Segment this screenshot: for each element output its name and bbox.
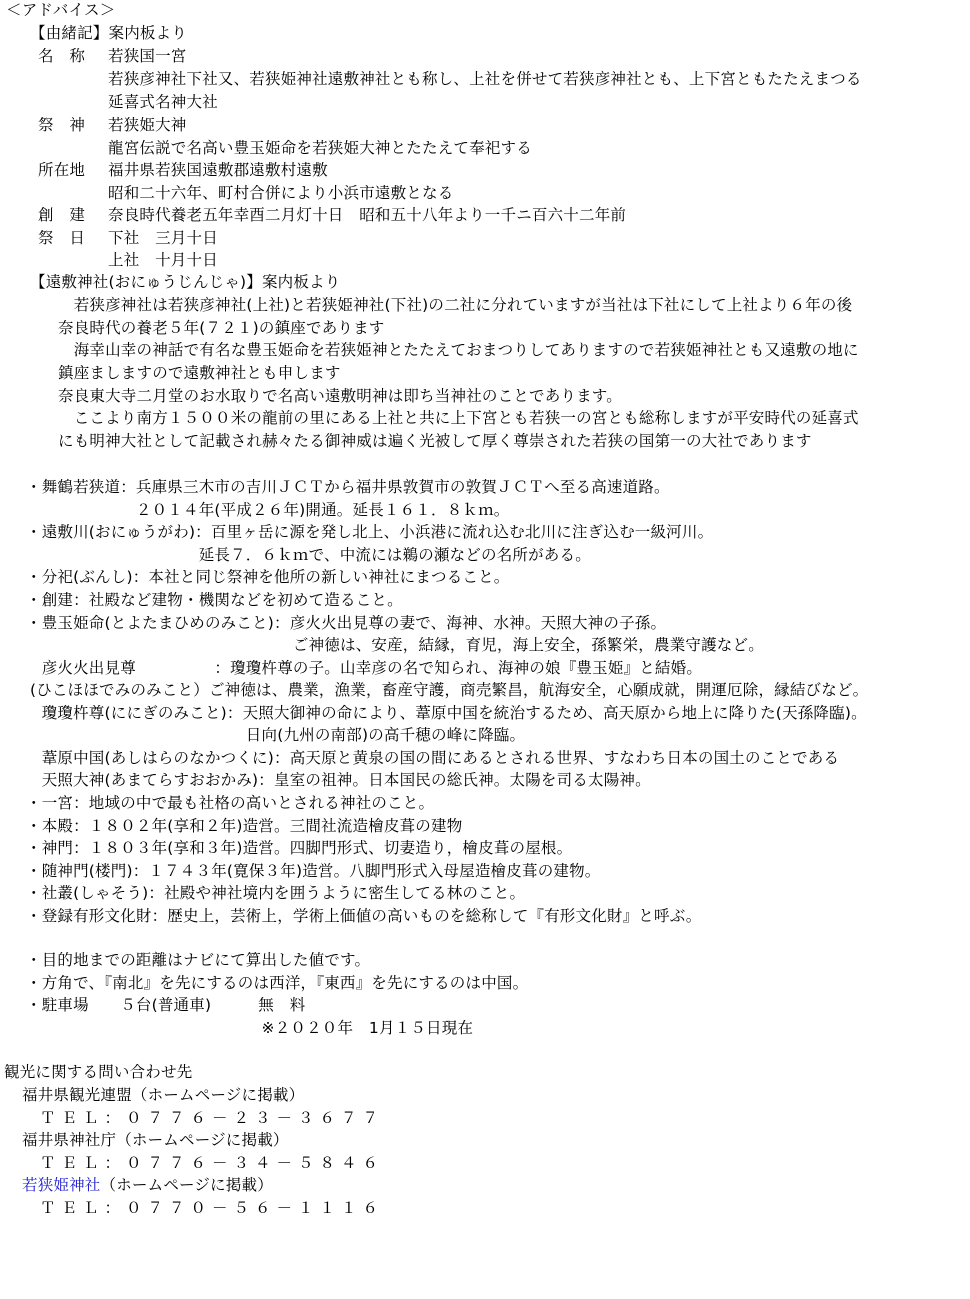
contact-name: 福井県観光連盟 — [22, 1086, 132, 1104]
contact-suffix: （ホームページに掲載） — [101, 1176, 273, 1194]
contact-tel: ＴＥＬ：０７７６－２３－３６７７ — [40, 1108, 384, 1128]
name-value: 若狭国一宮 — [108, 46, 187, 66]
onyu-line: にも明神大社として記載され赫々たる御神威は遍く光被して厚く尊崇された若狭の国第一… — [58, 431, 812, 451]
note-line: ・神門：１８０３年(享和３年)造営。四脚門形式、切妻造り，檜皮葺の屋根。 — [26, 838, 572, 858]
contact-entry: 福井県神社庁（ホームページに掲載） — [22, 1130, 289, 1150]
name-value: 延喜式名神大社 — [108, 92, 218, 112]
note-line: 天照大神(あまてらすおおかみ)：皇室の祖神。日本国民の総氏神。太陽を司る太陽神。 — [26, 770, 651, 790]
name-value: 若狭彦神社下社又、若狭姫神社遠敷神社とも称し、上社を併せて若狭彦神社とも、上下宮… — [108, 69, 862, 89]
contact-tel: ＴＥＬ：０７７０－５６－１１１６ — [40, 1198, 384, 1218]
note-line: ・遠敷川(おにゅうがわ)：百里ヶ岳に源を発し北上、小浜港に流れ込む北川に注ぎ込む… — [26, 522, 713, 542]
contact-entry: 福井県観光連盟（ホームページに掲載） — [22, 1085, 304, 1105]
wakasahime-shrine-link[interactable]: 若狭姫神社 — [22, 1176, 101, 1194]
parking-info: ・駐車場 ５台(普通車) 無 料 — [26, 995, 305, 1015]
note-line: 日向(九州の南部)の高千穂の峰に降臨。 — [26, 725, 525, 745]
location-value: 昭和二十六年、町村合併により小浜市遠敷となる — [108, 183, 453, 203]
onyu-line: ここより南方１５００米の龍前の里にある上社と共に上下宮とも若狭一の宮とも総称しま… — [58, 408, 859, 428]
note-line: ・分祀(ぶんし)：本社と同じ祭神を他所の新しい神社にまつること。 — [26, 567, 510, 587]
contact-header: 観光に関する問い合わせ先 — [4, 1062, 192, 1082]
as-of-date: ※２０２０年 1月１５日現在 — [26, 1018, 473, 1038]
festival-value: 上社 十月十日 — [108, 250, 218, 270]
note-line: ご神徳は、安産，結縁，育児，海上安全，孫繁栄，農業守護など。 — [26, 635, 764, 655]
contact-suffix: （ホームページに掲載） — [116, 1131, 288, 1149]
misc-line: ・方角で、『南北』を先にするのは西洋，『東西』を先にするのは中国。 — [26, 973, 528, 993]
note-line: ・創建：社殿など建物・機関などを初めて造ること。 — [26, 590, 403, 610]
deity-value: 若狭姫大神 — [108, 115, 187, 135]
onyu-header: 【遠敷神社(おにゅうじんじゃ)】案内板より — [30, 272, 341, 292]
festival-value: 下社 三月十日 — [108, 228, 218, 248]
location-value: 福井県若狭国遠敷郡遠敷村遠敷 — [108, 160, 328, 180]
misc-line: ・目的地までの距離はナビにて算出した値です。 — [26, 950, 370, 970]
onyu-line: 奈良東大寺二月堂のお水取りで名高い遠敷明神は即ち当神社のことであります。 — [58, 386, 622, 406]
onyu-line: 若狭彦神社は若狭彦神社(上社)と若狭姫神社(下社)の二社に分れていますが当社は下… — [58, 295, 852, 315]
founding-value: 奈良時代養老五年幸酉二月灯十日 昭和五十八年より一千ニ百六十二年前 — [108, 205, 626, 225]
onyu-line: 奈良時代の養老５年(７２１)の鎮座であります — [58, 318, 385, 338]
note-line: ・舞鶴若狭道：兵庫県三木市の吉川ＪＣＴから福井県敦賀市の敦賀ＪＣＴへ至る高速道路… — [26, 477, 670, 497]
note-line: ・随神門(楼門)：１７４３年(寛保３年)造営。八脚門形式入母屋造檜皮葺の建物。 — [26, 861, 601, 881]
contact-tel: ＴＥＬ：０７７６－３４－５８４６ — [40, 1153, 384, 1173]
label-name: 名 称 — [38, 46, 85, 66]
note-line: (ひこほほでみのみこと）ご神徳は、農業，漁業，畜産守護，商売繁昌，航海安全，心願… — [30, 680, 868, 700]
note-line: ・社叢(しゃそう)：社殿や神社境内を囲うように密生してる林のこと。 — [26, 883, 525, 903]
contact-entry: 若狭姫神社（ホームページに掲載） — [22, 1175, 273, 1195]
contact-suffix: （ホームページに掲載） — [132, 1086, 304, 1104]
note-line: 延長７．６ｋｍで、中流には鵜の瀬などの名所がある。 — [26, 545, 591, 565]
note-line: ・登録有形文化財：歴史上，芸術上，学術上価値の高いものを総称して『有形文化財』と… — [26, 906, 701, 926]
note-line: 葦原中国(あしはらのなかつくに)：高天原と黄泉の国の間にあるとされる世界、すなわ… — [26, 748, 839, 768]
label-location: 所在地 — [38, 160, 85, 180]
onyu-line: 鎮座ましますので遠敷神社とも申します — [58, 363, 341, 383]
yuisho-header: 【由緒記】案内板より — [30, 23, 187, 43]
label-festival: 祭 日 — [38, 228, 85, 248]
page-title: ＜アドバイス＞ — [6, 0, 115, 20]
onyu-line: 海幸山幸の神話で有名な豊玉姫命を若狭姫神とたたえておまつりしてありますので若狭姫… — [58, 340, 859, 360]
contact-name: 福井県神社庁 — [22, 1131, 116, 1149]
note-line: ・豊玉姫命(とよたまひめのみこと)：彦火火出見尊の妻で、海神、水神。天照大神の子… — [26, 613, 666, 633]
note-line: ・一宮：地域の中で最も社格の高いとされる神社のこと。 — [26, 793, 434, 813]
note-line: 彦火火出見尊 ：瓊瓊杵尊の子。山幸彦の名で知られ、海神の娘『豊玉姫』と結婚。 — [26, 658, 702, 678]
note-line: ・本殿：１８０２年(享和２年)造営。三間社流造檜皮葺の建物 — [26, 816, 462, 836]
deity-value: 龍宮伝説で名高い豊玉姫命を若狭姫大神とたたえて奉祀する — [108, 138, 532, 158]
note-line: ２０１４年(平成２６年)開通。延長１６１．８ｋｍ。 — [26, 500, 510, 520]
note-line: 瓊瓊杵尊(ににぎのみこと)：天照大御神の命により、葦原中国を統治するため、高天原… — [26, 703, 867, 723]
label-founding: 創 建 — [38, 205, 85, 225]
label-deity: 祭 神 — [38, 115, 85, 135]
